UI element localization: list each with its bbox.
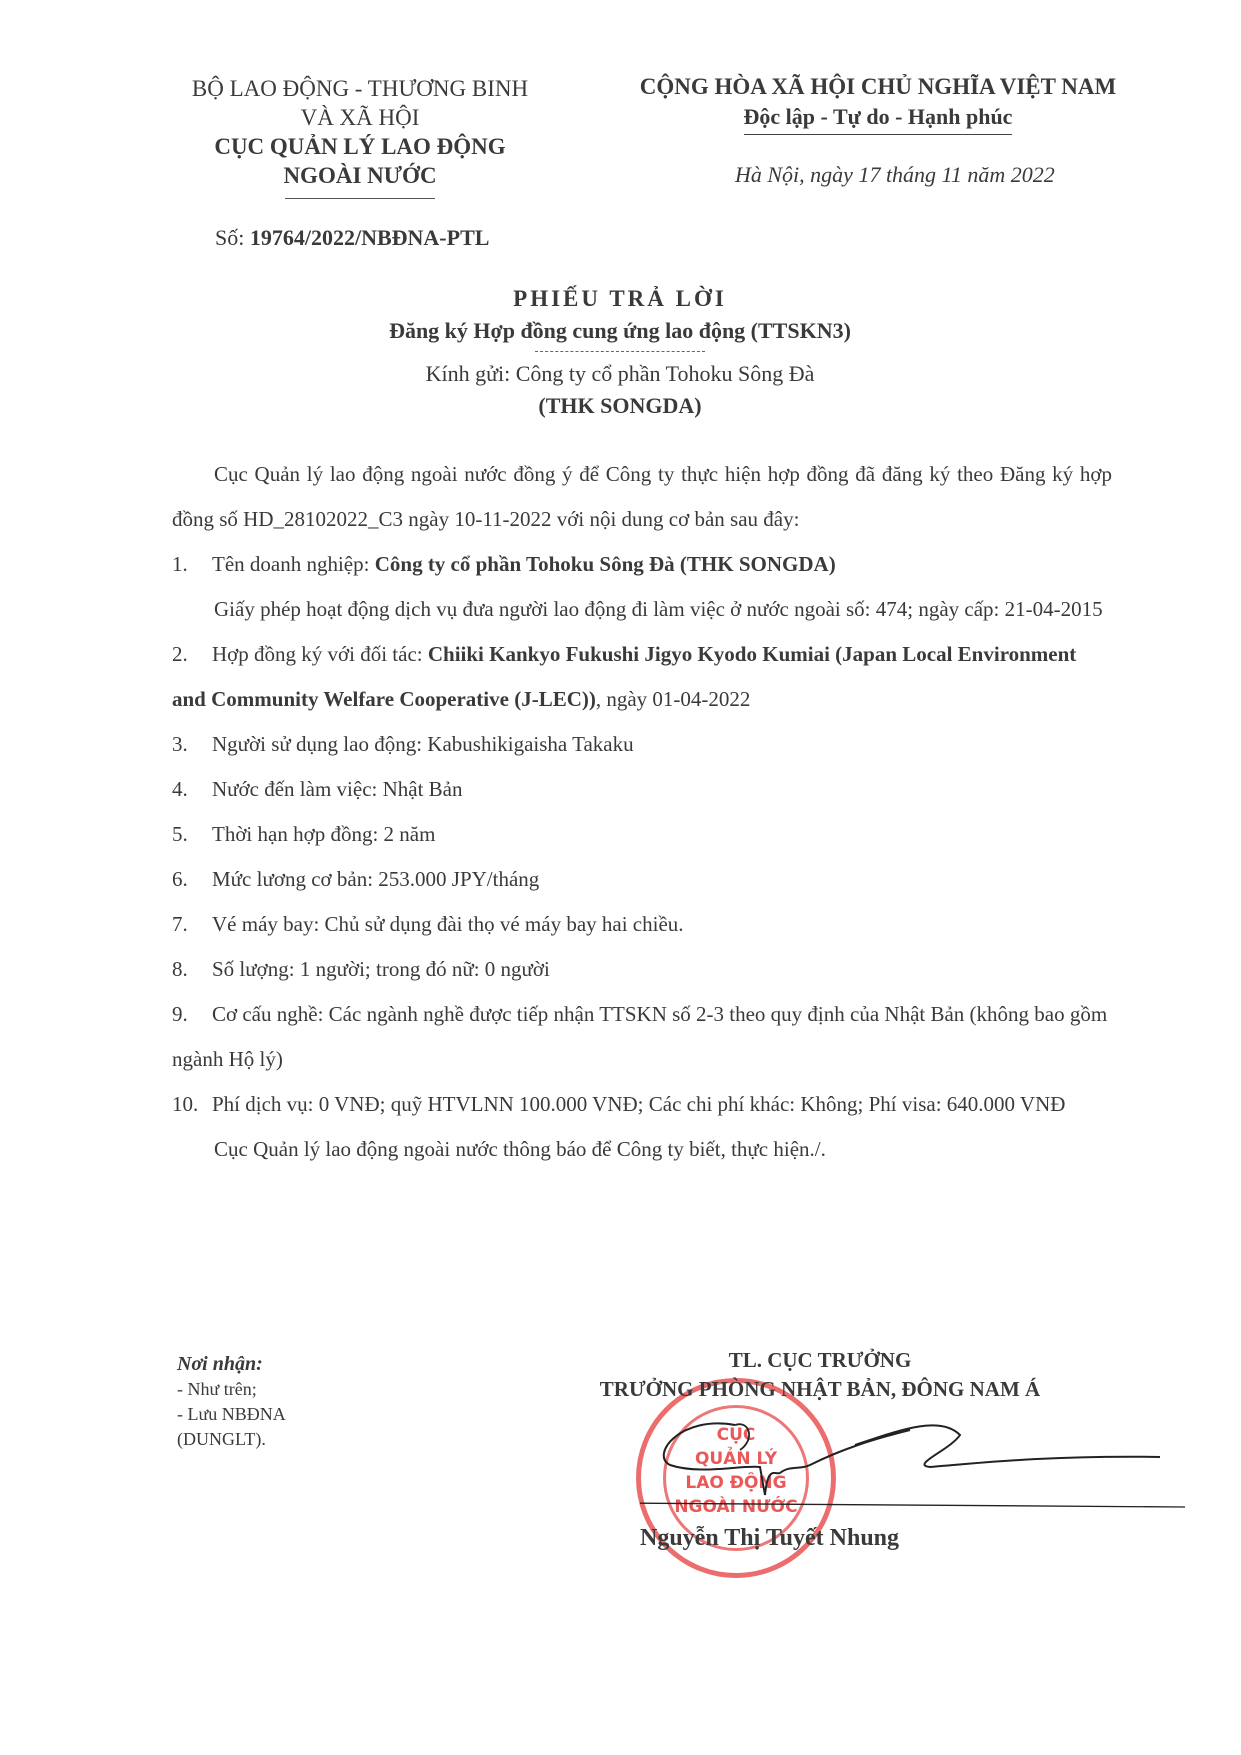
item-label: Thời hạn hợp đồng: [212,822,384,846]
recipient-line: - Lưu NBĐNA [177,1402,286,1427]
item-number: 4. [172,767,212,812]
list-item-3: 3.Người sử dụng lao động: Kabushikigaish… [172,722,1112,767]
document-body: Cục Quản lý lao động ngoài nước đồng ý đ… [172,452,1112,1172]
agency-name-line1: CỤC QUẢN LÝ LAO ĐỘNG [150,132,570,161]
list-item-2: 2.Hợp đồng ký với đối tác: Chiiki Kankyo… [172,632,1112,722]
license-info: Giấy phép hoạt động dịch vụ đưa người la… [172,587,1112,632]
item-value: Công ty cổ phần Tohoku Sông Đà (THK SONG… [375,552,836,576]
list-item-8: 8.Số lượng: 1 người; trong đó nữ: 0 ngườ… [172,947,1112,992]
ministry-name-line1: BỘ LAO ĐỘNG - THƯƠNG BINH [150,74,570,103]
title-divider [535,351,705,352]
item-value: Kabushikigaisha Takaku [427,732,633,756]
item-number: 9. [172,992,212,1037]
list-item-1: 1.Tên doanh nghiệp: Công ty cổ phần Toho… [172,542,1112,587]
item-value: 253.000 JPY/tháng [378,867,539,891]
list-item-10: 10.Phí dịch vụ: 0 VNĐ; quỹ HTVLNN 100.00… [172,1082,1112,1127]
document-number-label: Số: [215,225,250,250]
list-item-6: 6.Mức lương cơ bản: 253.000 JPY/tháng [172,857,1112,902]
place-and-date: Hà Nội, ngày 17 tháng 11 năm 2022 [735,162,1055,188]
item-label: Hợp đồng ký với đối tác: [212,642,428,666]
item-label: Cơ cấu nghề: [212,1002,329,1026]
intro-paragraph: Cục Quản lý lao động ngoài nước đồng ý đ… [172,452,1112,542]
item-value: 2 năm [384,822,436,846]
item-label: Vé máy bay: [212,912,325,936]
item-value: Chủ sử dụng đài thọ vé máy bay hai chiều… [325,912,684,936]
signing-authority: TL. CỤC TRƯỞNG [510,1346,1130,1375]
ministry-name-line2: VÀ XÃ HỘI [150,103,570,132]
item-label: Tên doanh nghiệp: [212,552,375,576]
item-number: 7. [172,902,212,947]
document-subtitle: Đăng ký Hợp đồng cung ứng lao động (TTSK… [300,315,940,347]
agency-name-line2: NGOÀI NƯỚC [150,161,570,190]
addressee: Kính gửi: Công ty cổ phần Tohoku Sông Đà [300,358,940,390]
closing-paragraph: Cục Quản lý lao động ngoài nước thông bá… [172,1127,1112,1172]
signer-name: Nguyễn Thị Tuyết Nhung [640,1525,899,1552]
item-number: 10. [172,1082,212,1127]
item-number: 3. [172,722,212,767]
item-number: 2. [172,632,212,677]
item-number: 8. [172,947,212,992]
item-label: Người sử dụng lao động: [212,732,427,756]
nation-name: CỘNG HÒA XÃ HỘI CHỦ NGHĨA VIỆT NAM [598,72,1158,102]
item-suffix: , ngày 01-04-2022 [596,687,751,711]
document-number-value: 19764/2022/NBĐNA-PTL [250,225,490,250]
list-item-5: 5.Thời hạn hợp đồng: 2 năm [172,812,1112,857]
item-number: 1. [172,542,212,587]
item-label: Phí dịch vụ: [212,1092,319,1116]
document-number: Số: 19764/2022/NBĐNA-PTL [215,225,489,251]
national-motto: Độc lập - Tự do - Hạnh phúc [744,102,1013,135]
item-label: Mức lương cơ bản: [212,867,378,891]
handwritten-signature-icon [640,1395,1200,1525]
national-header: CỘNG HÒA XÃ HỘI CHỦ NGHĨA VIỆT NAM Độc l… [598,72,1158,135]
item-value: 0 VNĐ; quỹ HTVLNN 100.000 VNĐ; Các chi p… [319,1092,1066,1116]
recipients-block: Nơi nhận: - Như trên; - Lưu NBĐNA (DUNGL… [177,1352,286,1452]
item-number: 5. [172,812,212,857]
issuing-agency-header: BỘ LAO ĐỘNG - THƯƠNG BINH VÀ XÃ HỘI CỤC … [150,74,570,199]
list-item-4: 4.Nước đến làm việc: Nhật Bản [172,767,1112,812]
item-label: Số lượng: [212,957,300,981]
list-item-7: 7.Vé máy bay: Chủ sử dụng đài thọ vé máy… [172,902,1112,947]
recipients-label: Nơi nhận: [177,1352,286,1377]
item-value: Nhật Bản [383,777,463,801]
header-divider [285,198,435,199]
item-label: Nước đến làm việc: [212,777,383,801]
document-title-block: PHIẾU TRẢ LỜI Đăng ký Hợp đồng cung ứng … [300,283,940,422]
recipient-line: - Như trên; [177,1377,286,1402]
list-item-9: 9.Cơ cấu nghề: Các ngành nghề được tiếp … [172,992,1112,1082]
document-title: PHIẾU TRẢ LỜI [300,283,940,315]
item-value: 1 người; trong đó nữ: 0 người [300,957,550,981]
recipient-line: (DUNGLT). [177,1427,286,1452]
item-number: 6. [172,857,212,902]
addressee-short: (THK SONGDA) [300,390,940,422]
